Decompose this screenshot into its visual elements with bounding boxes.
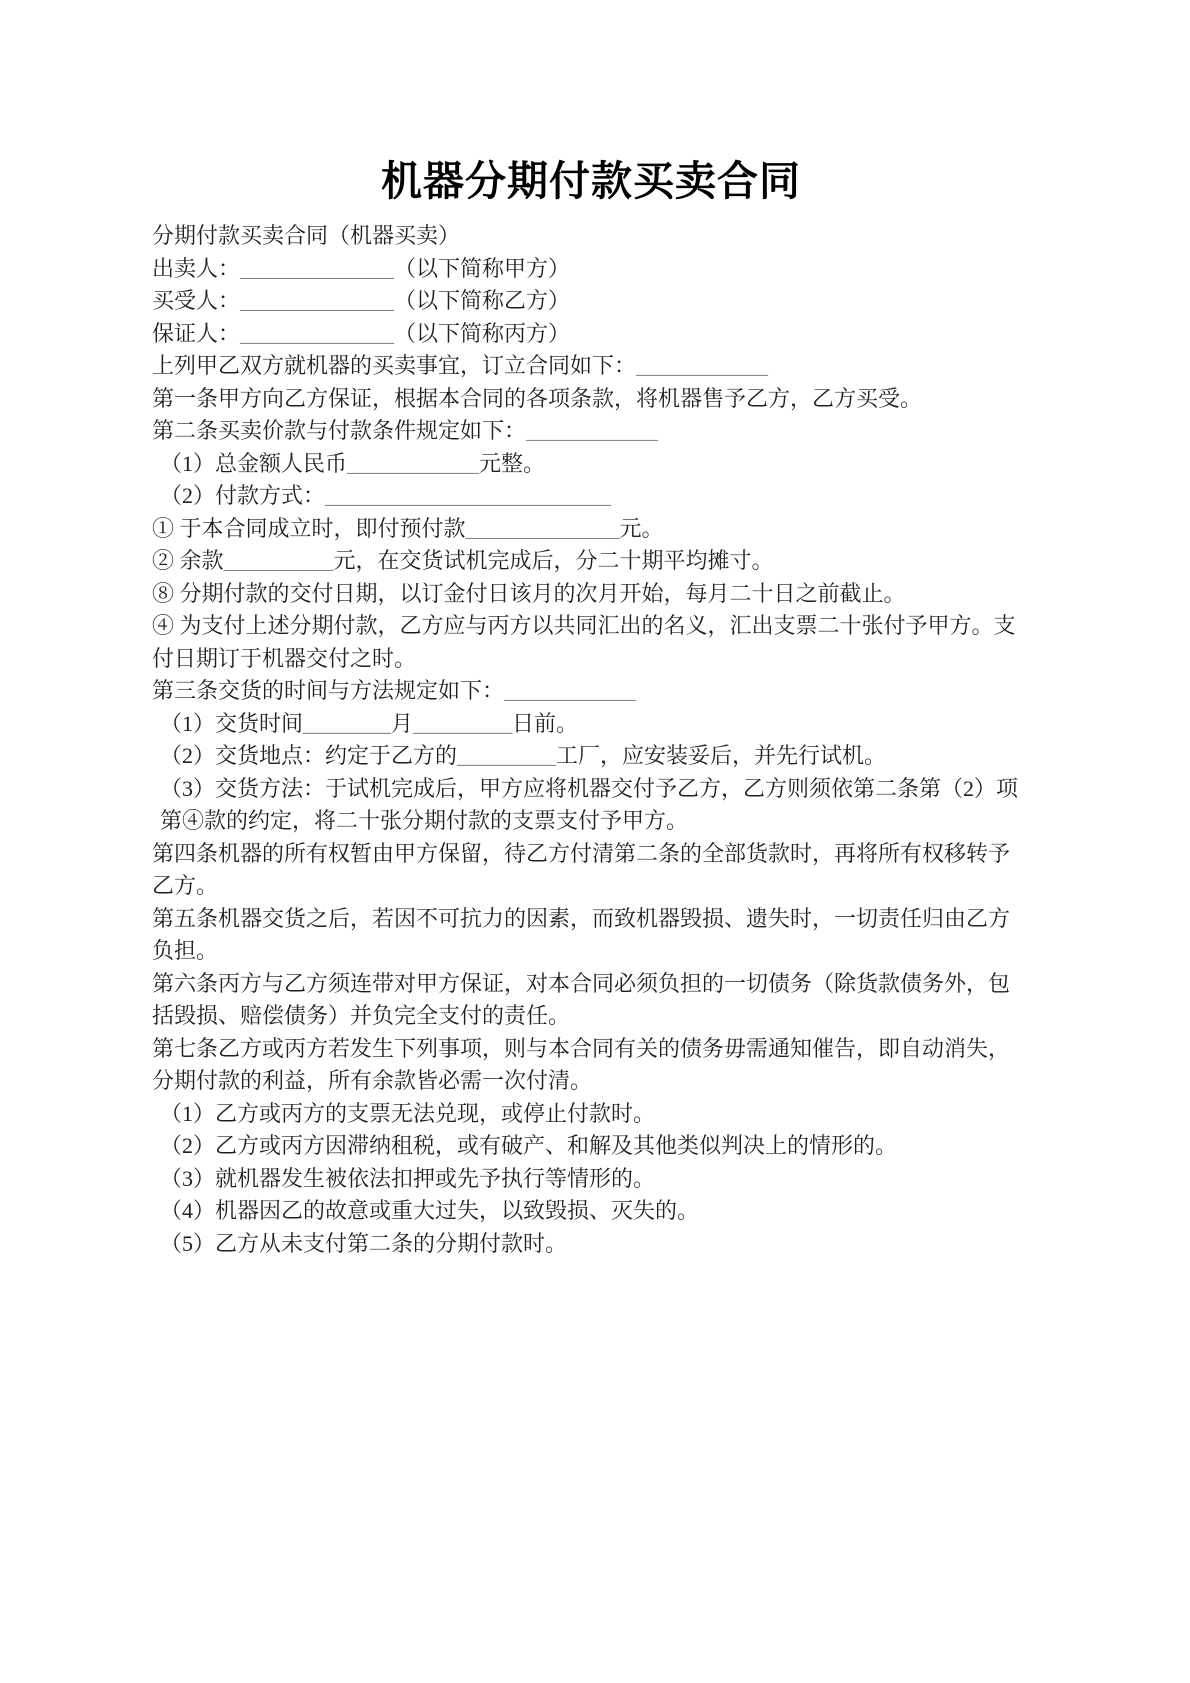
- text-run: 元，在交货试机完成后，分二十期平均摊寸。: [334, 548, 774, 573]
- contract-subtitle: 分期付款买卖合同（机器买卖）: [152, 220, 1030, 253]
- article-2-clause-1: ① 于本合同成立时，即付预付款______________元。: [152, 513, 1030, 546]
- blank-field: __________: [224, 548, 334, 573]
- text-run: 第五条机器交货之后，若因不可抗力的因素，而致机器毁损、遗失时，一切责任归由乙方负…: [152, 906, 1010, 964]
- blank-field: ________: [303, 711, 391, 736]
- text-run: 买受人：: [152, 288, 240, 313]
- article-7: 第七条乙方或丙方若发生下列事项，则与本合同有关的债务毋需通知催告，即自动消失，分…: [152, 1033, 1030, 1098]
- article-3-item-3: （3）交货方法：于试机完成后，甲方应将机器交付予乙方，乙方则须依第二条第（2）项…: [152, 773, 1030, 838]
- text-run: （4）机器因乙的故意或重大过失，以致毁损、灭失的。: [160, 1198, 699, 1223]
- article-2-clause-3: ⑧ 分期付款的交付日期，以订金付日该月的次月开始，每月二十日之前截止。: [152, 578, 1030, 611]
- text-run: ② 余款: [152, 548, 224, 573]
- article-7-item-5: （5）乙方从未支付第二条的分期付款时。: [152, 1228, 1030, 1261]
- article-3-item-1: （1）交货时间________月_________日前。: [152, 708, 1030, 741]
- text-run: 第四条机器的所有权暂由甲方保留，待乙方付清第二条的全部货款时，再将所有权移转予乙…: [152, 841, 1010, 899]
- preamble-line: 上列甲乙双方就机器的买卖事宜，订立合同如下：____________: [152, 350, 1030, 383]
- blank-field: __________________________: [325, 483, 611, 508]
- blank-field: ______________: [240, 321, 394, 346]
- article-7-item-2: （2）乙方或丙方因滞纳租税，或有破产、和解及其他类似判决上的情形的。: [152, 1130, 1030, 1163]
- text-run: 第一条甲方向乙方保证，根据本合同的各项条款，将机器售予乙方，乙方买受。: [152, 386, 922, 411]
- text-run: （2）交货地点：约定于乙方的: [160, 743, 457, 768]
- article-2-item-1: （1）总金额人民币____________元整。: [152, 448, 1030, 481]
- text-run: （5）乙方从未支付第二条的分期付款时。: [160, 1231, 567, 1256]
- contract-document: 机器分期付款买卖合同 分期付款买卖合同（机器买卖） 出卖人：__________…: [152, 0, 1030, 1260]
- article-6: 第六条丙方与乙方须连带对甲方保证，对本合同必须负担的一切债务（除货款债务外，包括…: [152, 968, 1030, 1033]
- text-run: 第二条买卖价款与付款条件规定如下：: [152, 418, 526, 443]
- text-run: 工厂，应安装妥后，并先行试机。: [556, 743, 886, 768]
- article-7-item-4: （4）机器因乙的故意或重大过失，以致毁损、灭失的。: [152, 1195, 1030, 1228]
- document-title: 机器分期付款买卖合同: [152, 158, 1030, 205]
- text-run: （2）乙方或丙方因滞纳租税，或有破产、和解及其他类似判决上的情形的。: [160, 1133, 897, 1158]
- contract-page: 机器分期付款买卖合同 分期付款买卖合同（机器买卖） 出卖人：__________…: [0, 0, 1190, 1683]
- article-2-clause-4: ④ 为支付上述分期付款，乙方应与丙方以共同汇出的名义，汇出支票二十张付予甲方。支…: [152, 610, 1030, 675]
- article-2-clause-2: ② 余款__________元，在交货试机完成后，分二十期平均摊寸。: [152, 545, 1030, 578]
- text-run: 第七条乙方或丙方若发生下列事项，则与本合同有关的债务毋需通知催告，即自动消失，分…: [152, 1036, 1010, 1094]
- party-guarantor-line: 保证人：______________（以下简称丙方）: [152, 318, 1030, 351]
- party-buyer-line: 买受人：______________（以下简称乙方）: [152, 285, 1030, 318]
- text-run: （2）付款方式：: [160, 483, 325, 508]
- text-run: 保证人：: [152, 321, 240, 346]
- text-run: 元。: [620, 516, 664, 541]
- text-run: （3）就机器发生被依法扣押或先予执行等情形的。: [160, 1166, 655, 1191]
- article-7-item-1: （1）乙方或丙方的支票无法兑现，或停止付款时。: [152, 1098, 1030, 1131]
- text-run: 第三条交货的时间与方法规定如下：: [152, 678, 504, 703]
- article-7-item-3: （3）就机器发生被依法扣押或先予执行等情形的。: [152, 1163, 1030, 1196]
- text-run: 月: [391, 711, 413, 736]
- blank-field: ____________: [526, 418, 658, 443]
- text-run: 出卖人：: [152, 256, 240, 281]
- blank-field: _________: [413, 711, 512, 736]
- text-run: （以下简称乙方）: [394, 288, 570, 313]
- text-run: （1）乙方或丙方的支票无法兑现，或停止付款时。: [160, 1101, 655, 1126]
- blank-field: _________: [457, 743, 556, 768]
- text-run: （以下简称丙方）: [394, 321, 570, 346]
- text-run: （以下简称甲方）: [394, 256, 570, 281]
- text-run: 日前。: [512, 711, 578, 736]
- article-2-item-2: （2）付款方式：__________________________: [152, 480, 1030, 513]
- blank-field: ______________: [466, 516, 620, 541]
- article-3-item-2: （2）交货地点：约定于乙方的_________工厂，应安装妥后，并先行试机。: [152, 740, 1030, 773]
- party-seller-line: 出卖人：______________（以下简称甲方）: [152, 253, 1030, 286]
- text-run: 分期付款买卖合同（机器买卖）: [152, 223, 460, 248]
- article-2: 第二条买卖价款与付款条件规定如下：____________: [152, 415, 1030, 448]
- blank-field: ____________: [504, 678, 636, 703]
- article-1: 第一条甲方向乙方保证，根据本合同的各项条款，将机器售予乙方，乙方买受。: [152, 383, 1030, 416]
- text-run: 元整。: [479, 451, 545, 476]
- text-run: （3）交货方法：于试机完成后，甲方应将机器交付予乙方，乙方则须依第二条第（2）项…: [160, 776, 1018, 834]
- text-run: ⑧ 分期付款的交付日期，以订金付日该月的次月开始，每月二十日之前截止。: [152, 581, 906, 606]
- text-run: （1）交货时间: [160, 711, 303, 736]
- text-run: （1）总金额人民币: [160, 451, 347, 476]
- article-5: 第五条机器交货之后，若因不可抗力的因素，而致机器毁损、遗失时，一切责任归由乙方负…: [152, 903, 1030, 968]
- text-run: ④ 为支付上述分期付款，乙方应与丙方以共同汇出的名义，汇出支票二十张付予甲方。支…: [152, 613, 1016, 671]
- blank-field: ____________: [347, 451, 479, 476]
- text-run: 上列甲乙双方就机器的买卖事宜，订立合同如下：: [152, 353, 636, 378]
- blank-field: ______________: [240, 256, 394, 281]
- article-3: 第三条交货的时间与方法规定如下：____________: [152, 675, 1030, 708]
- blank-field: ______________: [240, 288, 394, 313]
- article-4: 第四条机器的所有权暂由甲方保留，待乙方付清第二条的全部货款时，再将所有权移转予乙…: [152, 838, 1030, 903]
- blank-field: ____________: [636, 353, 768, 378]
- text-run: 第六条丙方与乙方须连带对甲方保证，对本合同必须负担的一切债务（除货款债务外，包括…: [152, 971, 1010, 1029]
- text-run: ① 于本合同成立时，即付预付款: [152, 516, 466, 541]
